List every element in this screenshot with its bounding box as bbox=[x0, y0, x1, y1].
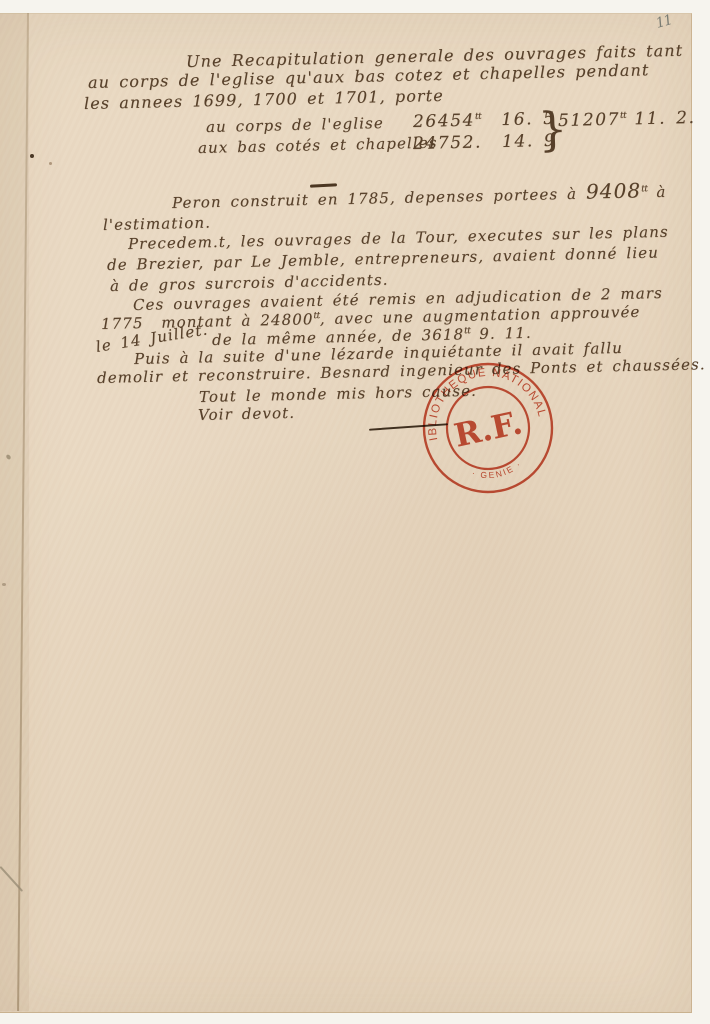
bibliotheque-nationale-stamp: BIBLIOTHEQUE NATIONALE · GENIE · R.F. bbox=[398, 338, 578, 518]
amount-value: 9408 bbox=[586, 178, 642, 203]
recap-total: 51207tt11. 2. bbox=[558, 108, 696, 131]
livres-unit-mark: tt bbox=[620, 111, 626, 121]
amount-value: 3618 bbox=[421, 325, 464, 344]
body-line-2: l'estimation. bbox=[103, 214, 211, 234]
stamp-rf-monogram: R.F. bbox=[451, 403, 526, 454]
body-line-12: Voir devot. bbox=[198, 404, 295, 424]
recap-entry2-amount: 24752.14. 9 bbox=[413, 131, 557, 154]
total-amount-value: 51207 bbox=[558, 110, 621, 131]
amount-value: 24752. bbox=[413, 132, 483, 154]
amount-value: 26454 bbox=[413, 111, 476, 132]
pencil-mark bbox=[2, 583, 6, 586]
manuscript-scan-page: 11 Une Recapitulation generale des ouvra… bbox=[0, 0, 710, 1024]
livres-unit-mark: tt bbox=[475, 112, 481, 122]
total-sous-deniers: 11. 2. bbox=[634, 108, 696, 129]
amount-value: 24800 bbox=[260, 310, 314, 329]
ink-speck bbox=[49, 162, 52, 165]
stamp-arc-bottom-text: · GENIE · bbox=[469, 457, 525, 484]
recap-entry1-amount: 26454tt16. 5 bbox=[413, 109, 556, 132]
paper-sheet bbox=[0, 13, 692, 1013]
ink-speck bbox=[30, 154, 34, 158]
line-text: à bbox=[647, 183, 666, 201]
